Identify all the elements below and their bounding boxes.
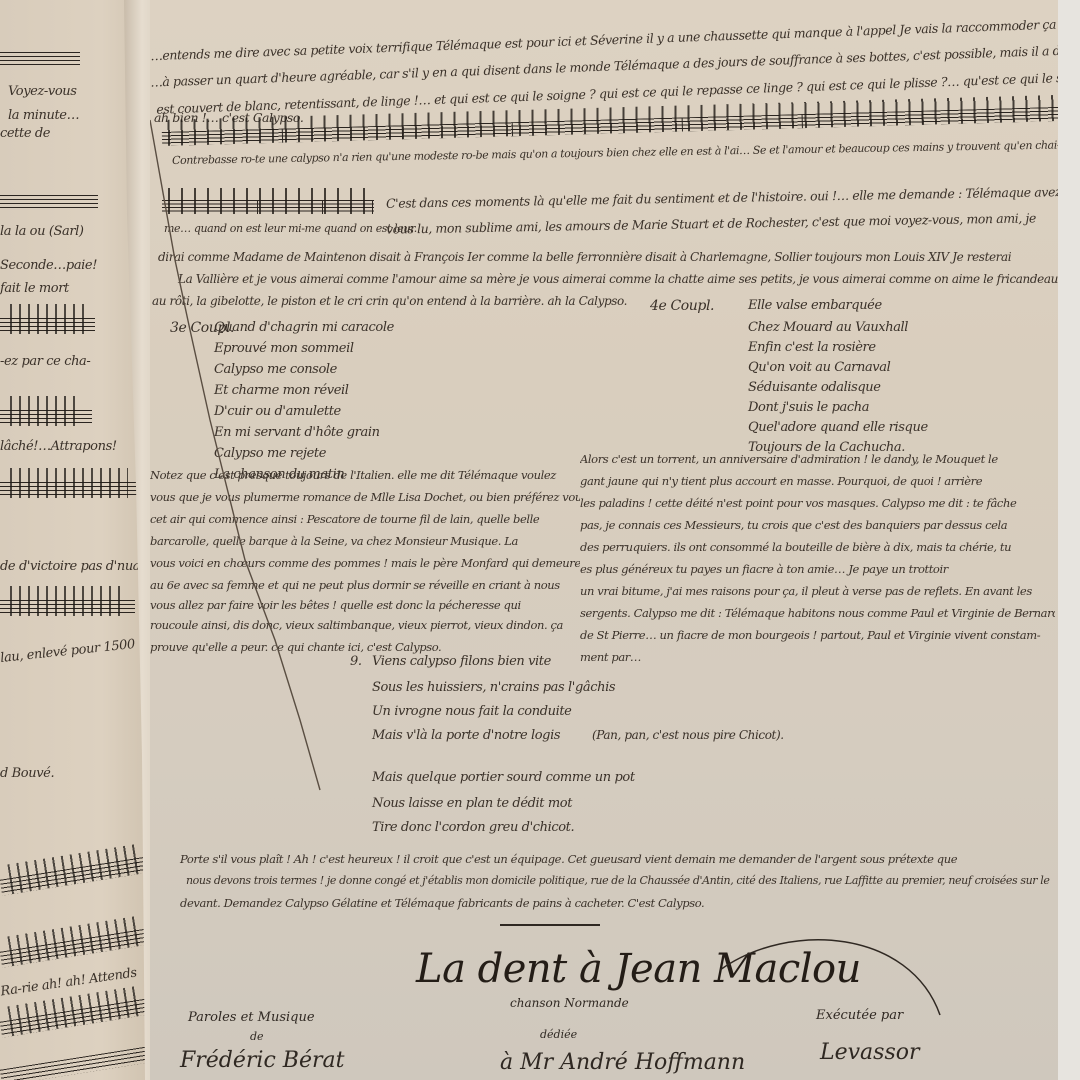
prose-line: devant. Demandez Calypso Gélatine et Tél… [180, 896, 704, 910]
prose-line: pas, je connais ces Messieurs, tu crois … [580, 518, 1007, 532]
prose-line: prouve qu'elle a peur. ce qui chante ici… [150, 640, 441, 654]
verse-line: Mais v'là la porte d'notre logis [372, 728, 560, 743]
prose-line: Notez que c'est presque toujours de l'It… [150, 468, 556, 482]
music-staff [0, 600, 135, 616]
credits-de: de [250, 1030, 264, 1043]
composer-name: Frédéric Bérat [180, 1048, 344, 1073]
prose-line: sergents. Calypso me dit : Télémaque hab… [580, 606, 1055, 620]
score-lyric: Seconde…paie! [0, 258, 97, 273]
music-staff [0, 998, 150, 1037]
score-lyric: de d'victoire pas d'nuage [0, 559, 155, 574]
verse-line: Un ivrogne nous fait la conduite [372, 704, 571, 719]
prose-line: vous que je vous plumerme romance de Mll… [150, 490, 580, 504]
page-edge [1058, 0, 1080, 1080]
music-staff [0, 1046, 150, 1080]
prose-line: au 6e avec sa femme et qui ne peut plus … [150, 578, 560, 592]
prose-line: barcarolle, quelle barque à la Seine, va… [150, 534, 518, 548]
divider-rule [500, 924, 600, 926]
credits-label: Paroles et Musique [188, 1010, 315, 1025]
music-staff [0, 195, 98, 211]
score-lyric: d Bouvé. [0, 766, 54, 781]
music-staff [0, 856, 150, 895]
verse-line: Tire donc l'cordon greu d'chicot. [372, 820, 574, 835]
dedication-label: dédiée [540, 1028, 577, 1041]
prose-right-column: Alors c'est un torrent, un anniversaire … [580, 0, 1055, 680]
performer-name: Levassor [820, 1040, 920, 1065]
verse-line: Nous laisse en plan te dédit mot [372, 796, 572, 811]
prose-line: vous voici en chœurs comme des pommes ! … [150, 556, 580, 570]
prose-line: es plus généreux tu payes un fiacre à to… [580, 562, 948, 576]
prose-line: de St Pierre… un fiacre de mon bourgeois… [580, 628, 1040, 642]
music-staff [0, 410, 92, 426]
music-staff [0, 52, 80, 68]
music-staff [0, 318, 95, 334]
score-lyric: lau, enlevé pour 1500 [0, 637, 136, 666]
music-staff [0, 928, 150, 967]
verse-number: 9. [350, 654, 362, 669]
prose-line: vous allez par faire voir les bêtes ! qu… [150, 598, 521, 612]
prose-line: gant jaune qui n'y tient plus accourt en… [580, 474, 982, 488]
score-lyric: -ez par ce cha- [0, 354, 90, 369]
score-lyric: la la ou (Sarl) [0, 224, 84, 239]
verse-line: Mais quelque portier sourd comme un pot [372, 770, 635, 785]
score-lyric: cette de [0, 126, 50, 141]
verse-line: Viens calypso filons bien vite [372, 654, 551, 669]
prose-line: des perruquiers. ils ont consommé la bou… [580, 540, 1011, 554]
prose-line: ment par… [580, 650, 641, 664]
score-lyric: Voyez-vous [8, 84, 77, 99]
score-lyric: la minute… [8, 108, 79, 123]
prose-line: Porte s'il vous plaît ! Ah ! c'est heure… [180, 852, 957, 866]
prose-line: cet air qui commence ainsi : Pescatore d… [150, 512, 539, 526]
prose-left-column: Notez que c'est presque toujours de l'It… [150, 0, 580, 640]
verse-line: Sous les huissiers, n'crains pas l'gâchi… [372, 680, 615, 695]
title-flourish [710, 930, 950, 1020]
score-lyric: lâché!…Attrapons! [0, 439, 117, 454]
dedicatee: à Mr André Hoffmann [500, 1050, 745, 1075]
prose-line: Alors c'est un torrent, un anniversaire … [580, 452, 998, 466]
score-lyric: fait le mort [0, 281, 69, 296]
manuscript-page: …entends me dire avec sa petite voix ter… [150, 0, 1060, 1080]
music-staff [0, 482, 138, 498]
song-subtitle: chanson Normande [510, 996, 629, 1010]
verse-aside: (Pan, pan, c'est nous pire Chicot). [592, 728, 784, 742]
prose-line: nous devons trois termes ! je donne cong… [186, 874, 1049, 887]
prose-line: roucoule ainsi, dis donc, vieux saltimba… [150, 618, 563, 632]
prose-line: un vrai bitume, j'ai mes raisons pour ça… [580, 584, 1032, 598]
prose-line: les paladins ! cette déité n'est point p… [580, 496, 1016, 510]
